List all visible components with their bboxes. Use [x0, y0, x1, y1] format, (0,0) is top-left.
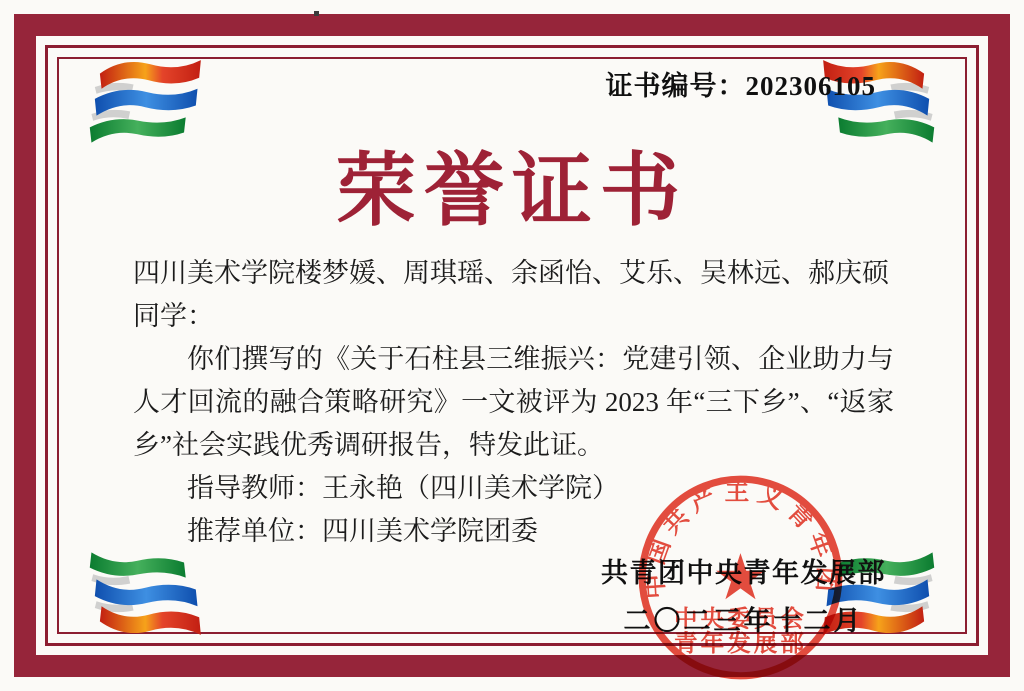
- issue-date: 二〇二三年十二月: [601, 604, 886, 638]
- certificate-serial-number: 证书编号：202306105: [606, 64, 877, 103]
- recommender-line: 推荐单位：四川美术学院团委: [133, 510, 894, 553]
- advisor-line: 指导教师：王永艳（四川美术学院）: [133, 467, 894, 510]
- issuer-name: 共青团中央青年发展部: [601, 556, 886, 590]
- certificate-page: 证书编号：202306105 荣誉证书 四川美术学院楼梦媛、周琪瑶、余函怡、艾乐…: [0, 0, 1024, 691]
- ribbon-bottom-left-icon: [88, 544, 206, 645]
- signoff-block: 共青团中央青年发展部 二〇二三年十二月: [601, 556, 886, 638]
- certificate-title: 荣誉证书: [0, 126, 1024, 241]
- certificate-body: 四川美术学院楼梦媛、周琪瑶、余函怡、艾乐、吴林远、郝庆硕同学： 你们撰写的《关于…: [133, 252, 894, 553]
- salutation-line: 四川美术学院楼梦媛、周琪瑶、余函怡、艾乐、吴林远、郝庆硕同学：: [133, 252, 894, 338]
- citation-paragraph: 你们撰写的《关于石柱县三维振兴：党建引领、企业助力与人才回流的融合策略研究》一文…: [133, 338, 894, 467]
- scan-speck: [314, 11, 319, 16]
